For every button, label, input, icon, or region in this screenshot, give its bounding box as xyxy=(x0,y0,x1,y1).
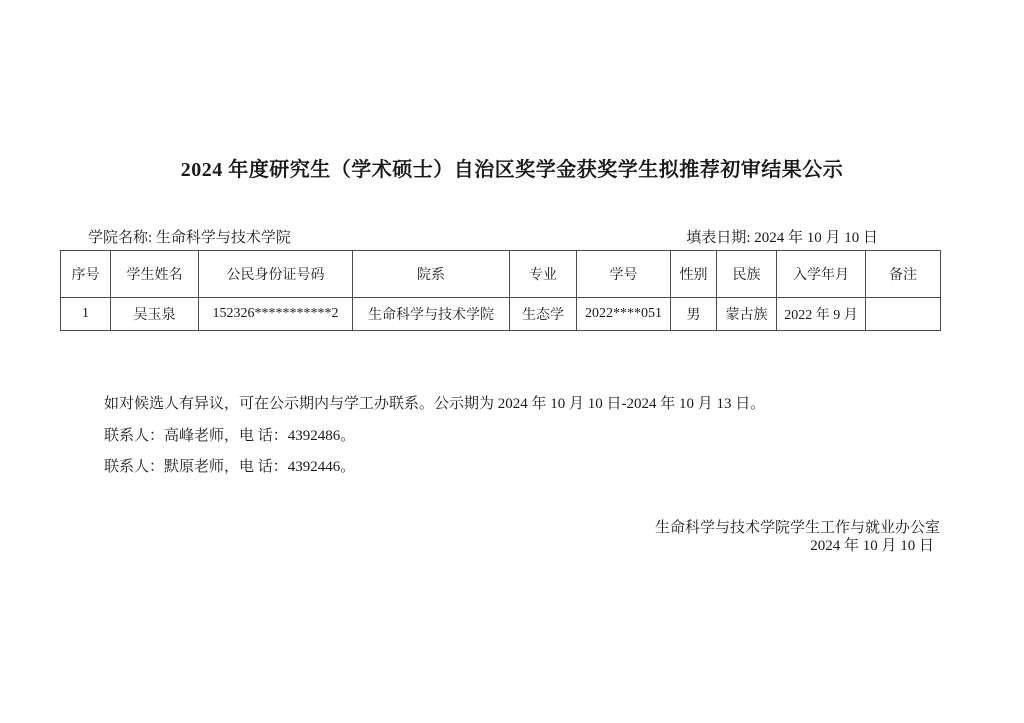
contact-line-2: 联系人：默原老师，电 话：4392446。 xyxy=(104,458,355,476)
students-table: 序号 学生姓名 公民身份证号码 院系 专业 学号 性别 民族 入学年月 备注 1… xyxy=(60,250,941,331)
cell-major: 生态学 xyxy=(510,298,577,331)
contact-line-1: 联系人：高峰老师，电 话：4392486。 xyxy=(104,427,355,445)
cell-gender: 男 xyxy=(671,298,717,331)
cell-serial: 1 xyxy=(61,298,111,331)
cell-ethnicity: 蒙古族 xyxy=(717,298,777,331)
col-header-id-number: 公民身份证号码 xyxy=(199,251,353,298)
col-header-ethnicity: 民族 xyxy=(717,251,777,298)
signature-block: 生命科学与技术学院学生工作与就业办公室 2024 年 10 月 10 日 xyxy=(655,519,940,555)
col-header-student-id: 学号 xyxy=(577,251,671,298)
cell-student-name: 吴玉泉 xyxy=(111,298,199,331)
signature-office: 生命科学与技术学院学生工作与就业办公室 xyxy=(655,519,940,537)
signature-date: 2024 年 10 月 10 日 xyxy=(655,537,940,555)
col-header-major: 专业 xyxy=(510,251,577,298)
cell-enrollment-date: 2022 年 9 月 xyxy=(777,298,866,331)
table-header-row: 序号 学生姓名 公民身份证号码 院系 专业 学号 性别 民族 入学年月 备注 xyxy=(61,251,941,298)
page-title: 2024 年度研究生（学术硕士）自治区奖学金获奖学生拟推荐初审结果公示 xyxy=(0,153,1024,182)
cell-department: 生命科学与技术学院 xyxy=(353,298,510,331)
notice-text: 如对候选人有异议，可在公示期内与学工办联系。公示期为 2024 年 10 月 1… xyxy=(104,395,765,413)
col-header-remarks: 备注 xyxy=(866,251,941,298)
col-header-enrollment-date: 入学年月 xyxy=(777,251,866,298)
col-header-department: 院系 xyxy=(353,251,510,298)
cell-student-id: 2022****051 xyxy=(577,298,671,331)
table-row: 1 吴玉泉 152326***********2 生命科学与技术学院 生态学 2… xyxy=(61,298,941,331)
col-header-gender: 性别 xyxy=(671,251,717,298)
col-header-student-name: 学生姓名 xyxy=(111,251,199,298)
col-header-serial: 序号 xyxy=(61,251,111,298)
document-page: 2024 年度研究生（学术硕士）自治区奖学金获奖学生拟推荐初审结果公示 学院名称… xyxy=(0,0,1024,723)
fill-date-label: 填表日期: 2024 年 10 月 10 日 xyxy=(686,228,878,248)
cell-id-number: 152326***********2 xyxy=(199,298,353,331)
college-name-label: 学院名称: 生命科学与技术学院 xyxy=(88,228,291,248)
cell-remarks xyxy=(866,298,941,331)
meta-row: 学院名称: 生命科学与技术学院 填表日期: 2024 年 10 月 10 日 xyxy=(88,228,878,248)
